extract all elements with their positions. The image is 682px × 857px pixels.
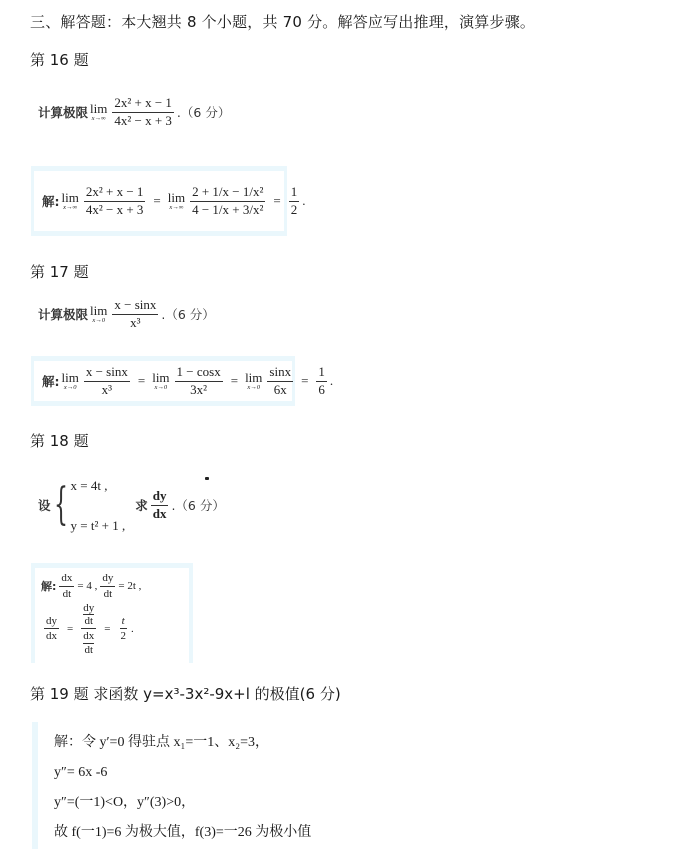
result-fraction: 1 2 (289, 185, 300, 218)
limit-operator: lim x→0 (152, 371, 169, 392)
solution-line-2: dy dx = dy dt dx dt = t 2 . (41, 602, 134, 655)
fraction: 2 + 1/x − 1/x² 4 − 1/x + 3/x² (190, 185, 265, 218)
prompt-prefix: 计算极限 (38, 305, 88, 323)
limit-operator: lim x→0 (245, 371, 262, 392)
section-heading: 三、解答题：本大翘共 8 个小题，共 70 分。解答应写出推理，演算步骤。 (30, 11, 535, 32)
solution-line: y″= 6x -6 (54, 758, 362, 788)
limit-operator: lim x→∞ (62, 191, 79, 212)
question-16-title: 第 16 题 (30, 49, 89, 70)
solution-line: 故 f(一1)=6 为极大值，f(3)=一26 为极小值 (54, 818, 362, 848)
points-label: .（6 分） (177, 103, 230, 121)
solution-line: y″=(一1)<O，y″(3)>0， (54, 788, 362, 818)
solution-label: 解: (42, 372, 60, 390)
question-18-title: 第 18 题 (30, 430, 89, 451)
question-19-title: 第 19 题 求函数 y=x³-3x²-9x+l 的极值(6 分) (30, 683, 341, 704)
points-label: .（6 分） (161, 305, 214, 323)
question-17-solution: 解: lim x→0 x − sinx x³ = lim x→0 1 − cos… (31, 356, 295, 406)
prompt-prefix: 设 (38, 496, 51, 514)
fraction: 1 − cosx 3x² (175, 365, 223, 398)
left-brace-icon: { (54, 483, 68, 527)
solution-label: 解: (42, 192, 60, 210)
points-label: .（6 分） (171, 496, 224, 514)
prompt-prefix: 计算极限 (38, 103, 88, 121)
fraction: x − sinx x³ (112, 298, 158, 331)
question-18-solution: 解: dx dt = 4 , dy dt = 2t , dy dx = dy d… (31, 563, 193, 663)
solution-line-1: 解: dx dt = 4 , dy dt = 2t , (41, 572, 141, 600)
fraction: sinx 6x (267, 365, 293, 398)
equation-system: x = 4t , y = t² + 1 , (71, 482, 126, 528)
question-17-prompt: 计算极限 lim x→0 x − sinx x³ .（6 分） (38, 296, 215, 332)
question-16-solution: 解: lim x→∞ 2x² + x − 1 4x² − x + 3 = lim… (31, 166, 287, 236)
solution-line: 解：令 y′=0 得驻点 x₁=一1、x₂=3， (54, 728, 362, 758)
question-16-prompt: 计算极限 lim x→∞ 2x² + x − 1 4x² − x + 3 .（6… (38, 92, 230, 132)
fraction: 2x² + x − 1 4x² − x + 3 (84, 185, 146, 218)
limit-operator: lim x→∞ (90, 102, 107, 123)
result-fraction: 1 6 (316, 365, 327, 398)
question-17-title: 第 17 题 (30, 261, 89, 282)
question-19-solution: 解：令 y′=0 得驻点 x₁=一1、x₂=3， y″= 6x -6 y″=(一… (32, 722, 362, 849)
result-fraction: t 2 (118, 615, 128, 643)
ask-label: 求 (135, 496, 148, 514)
fraction: 2x² + x − 1 4x² − x + 3 (112, 96, 174, 129)
limit-operator: lim x→0 (90, 304, 107, 325)
limit-operator: lim x→∞ (168, 191, 185, 212)
fraction: x − sinx x³ (84, 365, 130, 398)
fraction: dy dx (151, 489, 169, 522)
limit-operator: lim x→0 (62, 371, 79, 392)
solution-label: 解: (41, 578, 56, 594)
question-18-prompt: 设 { x = 4t , y = t² + 1 , 求 dy dx .（6 分） (38, 478, 225, 532)
compound-fraction: dy dt dx dt (81, 602, 96, 655)
